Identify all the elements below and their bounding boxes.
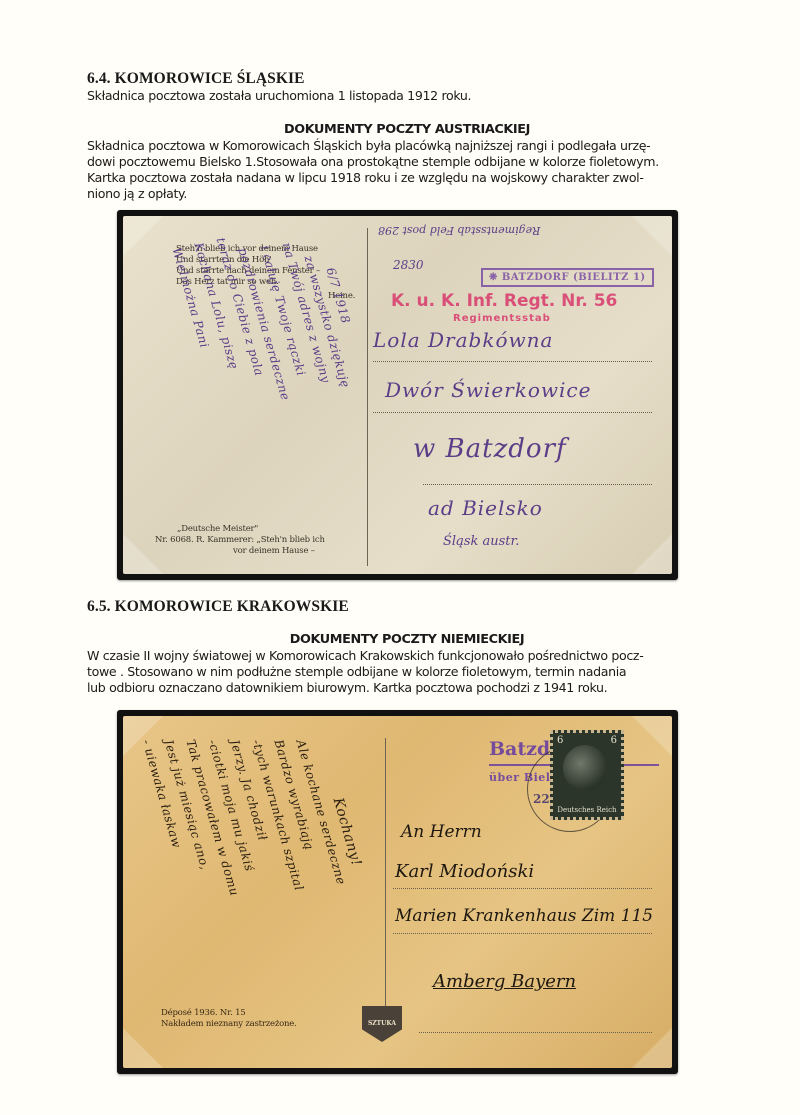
address-rule	[393, 933, 652, 934]
handwritten-regimental-note: Regimentsstab Feld post 298	[378, 224, 540, 237]
address-rule	[423, 484, 652, 485]
postmark-date: 22	[533, 792, 550, 806]
printed-line: Nakładem nieznany zastrzeżone.	[161, 1019, 297, 1030]
printed-caption: „Deutsche Meister" Nr. 6068. R. Kammerer…	[155, 524, 325, 557]
military-unit-stamp-line2: Regimentsstab	[453, 313, 551, 324]
postage-country: Deutsches Reich	[553, 806, 621, 814]
section-title-komorowice-krakowskie: 6.5. KOMOROWICE KRAKOWSKIE	[87, 598, 349, 616]
body-line: towe . Stosowano w nim podłużne stemple …	[87, 664, 727, 680]
subheading-german-post: DOKUMENTY POCZTY NIEMIECKIEJ	[87, 632, 727, 647]
printed-publisher-note: Déposé 1936. Nr. 15 Nakładem nieznany za…	[161, 1008, 297, 1030]
address-line-town: w Batzdorf	[413, 434, 567, 464]
postcard-divider	[385, 738, 386, 1008]
body-line: Składnica pocztowa w Komorowicach Śląski…	[87, 138, 727, 154]
postcard-austrian-1918: Steh'n blieb ich vor deinem Hause Und st…	[117, 210, 678, 580]
publisher-logo: SZTUKA	[362, 1006, 402, 1042]
address-rule	[373, 361, 652, 362]
photo-corner	[632, 716, 672, 756]
military-unit-stamp: K. u. K. Inf. Regt. Nr. 56	[391, 291, 617, 311]
photo-corner	[632, 1028, 672, 1068]
postage-stamp: 6 6 Deutsches Reich	[550, 730, 624, 820]
section-intro: Składnica pocztowa została uruchomiona 1…	[87, 88, 727, 104]
postage-value-right: 6	[611, 735, 617, 746]
address-rule	[373, 412, 652, 413]
body-line: W czasie II wojny światowej w Komorowica…	[87, 648, 727, 664]
photo-corner	[123, 1028, 163, 1068]
handwritten-number: 2830	[393, 258, 424, 272]
section2-body: W czasie II wojny światowej w Komorowica…	[87, 648, 727, 696]
postcard-face: Steh'n blieb ich vor deinem Hause Und st…	[123, 216, 672, 574]
address-line-district: ad Bielsko	[428, 496, 543, 520]
caption-line: vor deinem Hause –	[155, 546, 325, 557]
address-rule	[393, 888, 652, 889]
address-line-city: Amberg Bayern	[433, 971, 576, 992]
address-line-estate: Dwór Świerkowice	[385, 378, 591, 402]
body-line: lub odbioru oznaczano datownikiem biurow…	[87, 680, 727, 696]
photo-corner	[632, 534, 672, 574]
caption-line: „Deutsche Meister"	[155, 524, 325, 535]
subheading-austrian-post: DOKUMENTY POCZTY AUSTRIACKIEJ	[87, 122, 727, 137]
batzdorf-box-postmark: ❋ BATZDORF (BIELITZ 1)	[481, 268, 654, 287]
postage-value-left: 6	[557, 735, 563, 746]
address-line-salutation: An Herrn	[401, 822, 482, 842]
address-line-name: Karl Miodoński	[395, 861, 534, 882]
address-line-recipient: Lola Drabkówna	[373, 328, 553, 352]
section1-body: Składnica pocztowa w Komorowicach Śląski…	[87, 138, 727, 202]
photo-corner	[632, 216, 672, 256]
photo-corner	[123, 216, 163, 256]
body-line: niono ją z opłaty.	[87, 186, 727, 202]
address-line-hospital: Marien Krankenhaus Zim 115	[395, 906, 653, 926]
postcard-german-1941: - uiewaka łaskaw Jest już miesiąc ano, T…	[117, 710, 678, 1074]
section-title-komorowice-slaskie: 6.4. KOMOROWICE ŚLĄSKIE	[87, 70, 305, 88]
caption-line: Nr. 6068. R. Kammerer: „Steh'n blieb ich	[155, 535, 325, 546]
body-line: dowi pocztowemu Bielsko 1.Stosowała ona …	[87, 154, 727, 170]
portrait-icon	[563, 745, 607, 791]
postcard-face: - uiewaka łaskaw Jest już miesiąc ano, T…	[123, 716, 672, 1068]
postcard-divider	[367, 228, 368, 566]
address-rule	[419, 1032, 652, 1033]
address-line-region: Śląsk austr.	[443, 534, 519, 549]
body-line: Kartka pocztowa została nadana w lipcu 1…	[87, 170, 727, 186]
printed-line: Déposé 1936. Nr. 15	[161, 1008, 297, 1019]
